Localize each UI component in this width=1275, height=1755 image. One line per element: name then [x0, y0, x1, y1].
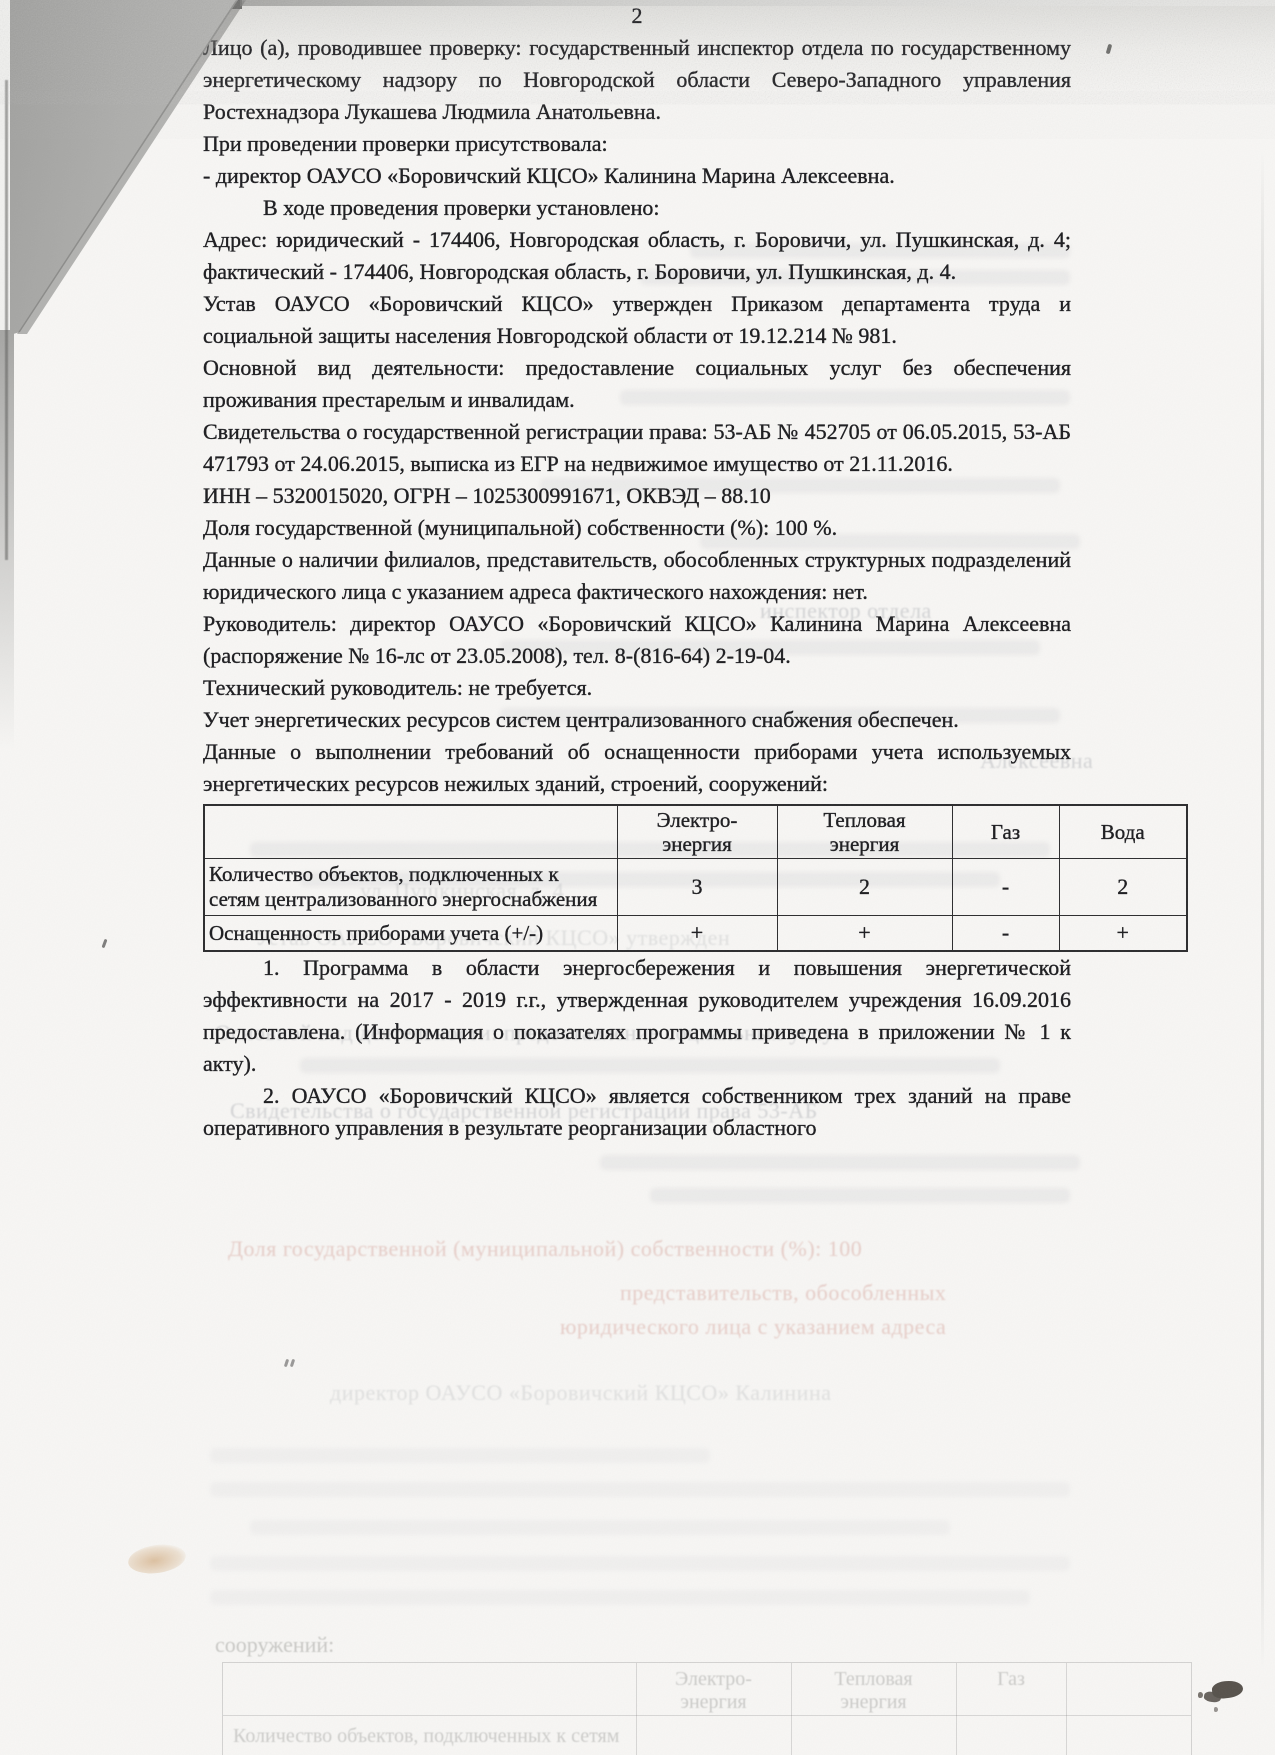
paragraph-item2: 2. ОАУСО «Боровичский КЦСО» является соб…: [203, 1080, 1071, 1144]
scan-edge-line: [5, 80, 8, 560]
table-cell: +: [1059, 916, 1187, 952]
speck-mark: [290, 1359, 295, 1368]
paragraph-certificates: Свидетельства о государственной регистра…: [203, 416, 1071, 480]
ghost-text: юридического лица с указанием адреса: [560, 1314, 946, 1340]
ghost-bar: [210, 1590, 1030, 1605]
ghost-table-line: [1066, 1663, 1067, 1755]
ghost-text: представительств, обособленных: [620, 1280, 946, 1306]
paragraph-metering-table-intro: Данные о выполнении требований об оснаще…: [203, 736, 1071, 800]
paragraph-codes: ИНН – 5320015020, ОГРН – 1025300991671, …: [203, 480, 1071, 512]
metering-table-wrap: Электро- энергия Тепловая энергия Газ Во…: [203, 804, 1186, 952]
ghost-table-header: Газ: [956, 1668, 1066, 1691]
table-cell: +: [777, 916, 952, 952]
speck-mark: [102, 939, 108, 948]
table-row-label: Оснащенность приборами учета (+/-): [204, 916, 617, 952]
ghost-table-header: Тепловая энергия: [791, 1668, 956, 1714]
paragraph-ownership: Доля государственной (муниципальной) соб…: [203, 512, 1071, 544]
metering-table: Электро- энергия Тепловая энергия Газ Во…: [203, 804, 1188, 952]
table-header-gas: Газ: [952, 805, 1059, 859]
ghost-table-row-label: Количество объектов, подключенных к сетя…: [233, 1725, 619, 1748]
scanned-document-page: инспектор отдела Алексеевна ул. Пушкинск…: [0, 0, 1275, 1755]
ghost-bar: [600, 1155, 1080, 1170]
ghost-text: директор ОАУСО «Боровичский КЦСО» Калини…: [330, 1380, 832, 1406]
ghost-bar: [210, 1448, 710, 1463]
table-row-connected-objects: Количество объектов, подключенных к сетя…: [204, 859, 1187, 916]
table-cell: -: [952, 916, 1059, 952]
ghost-bar: [650, 1188, 1070, 1203]
paragraph-activity: Основной вид деятельности: предоставлени…: [203, 352, 1071, 416]
page-number: 2: [203, 0, 1071, 32]
table-cell: 2: [777, 859, 952, 916]
paragraph-findings-intro: В ходе проведения проверки установлено:: [203, 192, 1071, 224]
paragraph-head: Руководитель: директор ОАУСО «Боровичски…: [203, 608, 1071, 672]
ink-blot: [1214, 1707, 1218, 1712]
document-body: 2 Лицо (а), проводившее проверку: госуда…: [203, 0, 1071, 1144]
table-header-electricity: Электро- энергия: [617, 805, 777, 859]
ghost-bar: [210, 1556, 1070, 1571]
ghost-table: Электро- энергия Тепловая энергия Газ Ко…: [222, 1662, 1192, 1755]
paragraph-tech-head: Технический руководитель: не требуется.: [203, 672, 1071, 704]
ghost-bar: [210, 1482, 1070, 1497]
paragraph-metering: Учет энергетических ресурсов систем цент…: [203, 704, 1071, 736]
table-row-label: Количество объектов, подключенных к сетя…: [204, 859, 617, 916]
ghost-table-header: Электро- энергия: [636, 1668, 791, 1714]
paragraph-item1: 1. Программа в области энергосбережения …: [203, 952, 1071, 1080]
ghost-table-line: [223, 1715, 1191, 1716]
table-row-meters-equipped: Оснащенность приборами учета (+/-) + + -…: [204, 916, 1187, 952]
paragraph-inspector: Лицо (а), проводившее проверку: государс…: [203, 32, 1071, 128]
paragraph-present-intro: При проведении проверки присутствовала:: [203, 128, 1071, 160]
paragraph-address: Адрес: юридический - 174406, Новгородска…: [203, 224, 1071, 288]
table-cell: 3: [617, 859, 777, 916]
table-cell: +: [617, 916, 777, 952]
table-corner-cell: [204, 805, 617, 859]
table-cell: -: [952, 859, 1059, 916]
paragraph-branches: Данные о наличии филиалов, представитель…: [203, 544, 1071, 608]
table-header-heat: Тепловая энергия: [777, 805, 952, 859]
table-cell: 2: [1059, 859, 1187, 916]
ghost-text: Доля государственной (муниципальной) соб…: [228, 1236, 862, 1262]
table-header-water: Вода: [1059, 805, 1187, 859]
paragraph-present-director: - директор ОАУСО «Боровичский КЦСО» Кали…: [203, 160, 1071, 192]
ghost-text-sooruzheniy: сооружений:: [215, 1632, 334, 1658]
speck-mark: [284, 1359, 289, 1368]
paper-stain: [126, 1541, 187, 1577]
paragraph-charter: Устав ОАУСО «Боровичский КЦСО» утвержден…: [203, 288, 1071, 352]
table-header-row: Электро- энергия Тепловая энергия Газ Во…: [204, 805, 1187, 859]
scan-right-edge: [1261, 150, 1264, 1670]
ink-blot: [1198, 1692, 1203, 1698]
ghost-bar: [250, 1520, 950, 1535]
